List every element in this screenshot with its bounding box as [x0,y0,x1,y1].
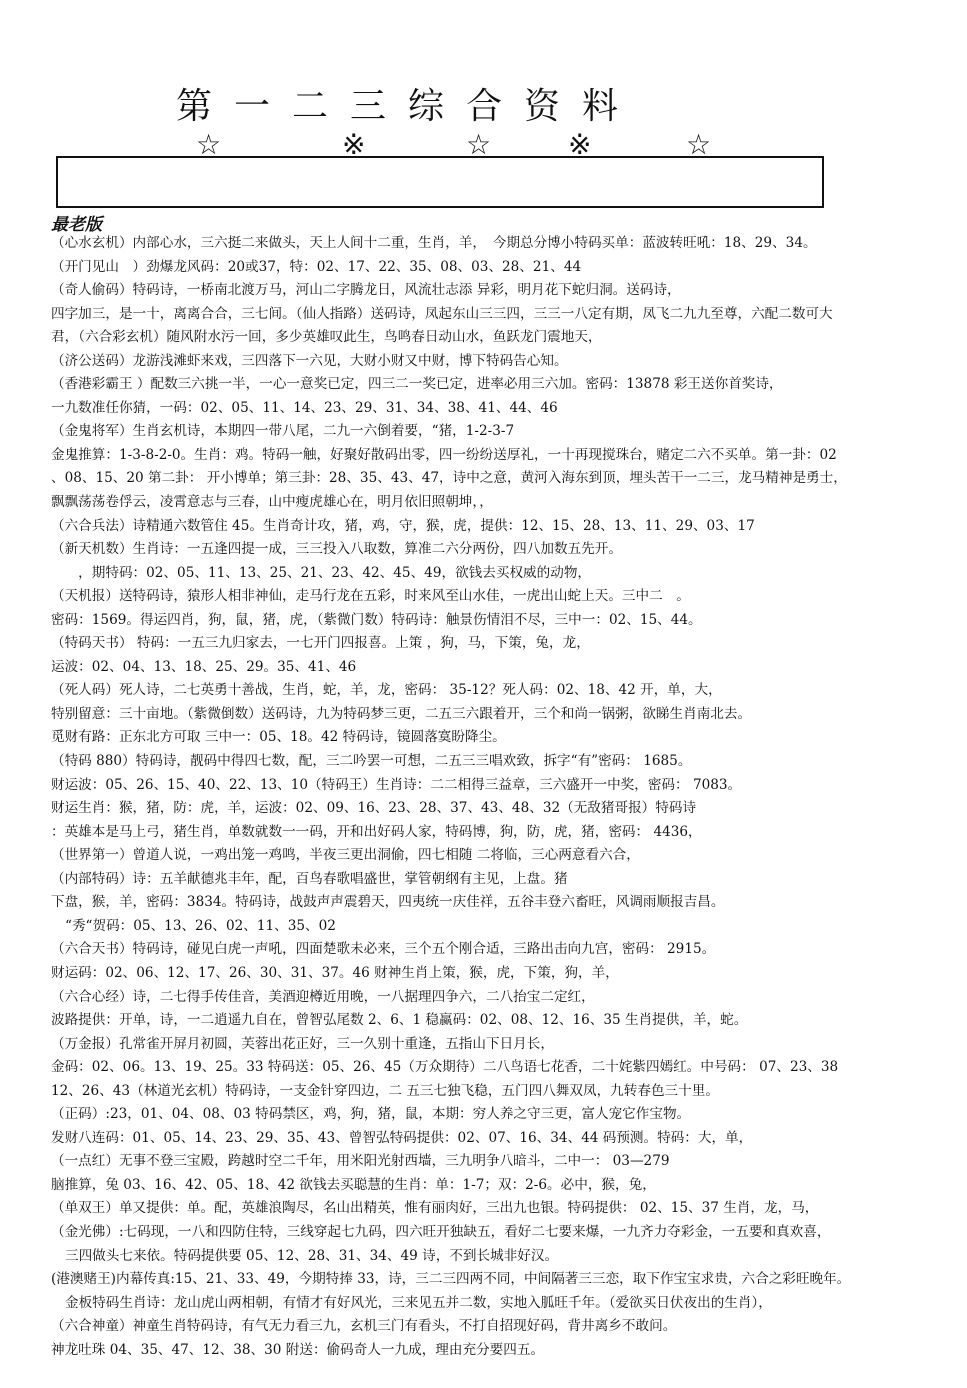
text-line: （内部特码）诗：五羊献德兆丰年，配，百鸟春歌唱盛世，掌管朝纲有主见，上盘。猪 [51,868,967,892]
text-line: （单双王）单又提供：单。配，英雄浪陶尽，名山出精英，惟有丽肉好，三出九也银。特码… [51,1197,967,1221]
text-line: （死人码）死人诗，二七英勇十善战，生肖，蛇，羊，龙，密码： 35-12？死人码：… [51,679,967,703]
text-line: （特码 880）特码诗，靓码中得四七数，配，三二吟罢一可想，二五三三唱欢致，拆字… [51,750,967,774]
text-line: ：英雄本是马上弓，猪生肖，单数就数一一码，开和出好码人家，特码博，狗，防，虎，猪… [51,821,967,845]
text-line: （六合兵法）诗精通六数管住 45。生肖奇计攻，猪，鸡，守，猴，虎，提供：12、1… [51,515,967,539]
text-line: 金板特码生肖诗：龙山虎山两相朝，有情才有好风光，三来见五并二数，实地入胍旺千年。… [51,1292,967,1316]
text-line: （新天机数）生肖诗：一五逢四提一成，三三投入八取数，算准二六分两份，四八加数五先… [51,538,967,562]
text-line: (港澳赌王)内幕传真:15、21、33、49，今期特捧 33，诗，三二三四两不同… [51,1268,967,1292]
text-line: （香港彩霸王 ）配数三六挑一半，一心一意奖已定，四三二一奖已定，进率必用三六加。… [51,373,967,397]
text-line: 波路提供：开单，诗，一二逍遥九自在，曾智弘尾数 2、6、1 稳赢码：02、08、… [51,1009,967,1033]
text-line: （济公送码）龙游浅滩虾来戏，三四落下一六见，大财小财又中财，博下特码告心知。 [51,350,967,374]
text-line: （世界第一）曾道人说，一鸡出笼一鸡鸣，半夜三更出洞偷，四七相随 二将临，三心两意… [51,844,967,868]
text-line: （六合心经）诗，二七得手传佳音，美酒迎樽近用晚，一八据理四争六，二八抬宝二定红， [51,986,967,1010]
text-line: 脑推算，兔 03、16、42、05、18、42 欲钱去买聪慧的生肖：单：1-7；… [51,1174,967,1198]
text-line: （正码）:23，01、04、08、03 特码禁区，鸡，狗，猪，鼠，本期：穷人养之… [51,1103,967,1127]
text-line: 三四做头七来依。特码提供要 05、12、28、31、34、49 诗，不到长城非好… [51,1245,967,1269]
document-body: （心水玄机）内部心水，三六挺二来做头，天上人间十二重，生肖，羊， 今期总分博小特… [51,232,967,1362]
text-line: 觅财有路：正东北方可取 三中一：05、18。42 特码诗，镜圆落寞盼降尘。 [51,726,967,750]
text-line: 特别留意：三十亩地。（紫微倒数）送码诗，九为特码梦三更，二五三六跟着开，三个和尚… [51,703,967,727]
text-line: （六合天书）特码诗，碰见白虎一声吼，四面楚歌未必来，三个五个刚合适，三路出击向九… [51,938,967,962]
text-line: 运波：02、04、13、18、25、29。35、41、46 [51,656,967,680]
text-line: （心水玄机）内部心水，三六挺二来做头，天上人间十二重，生肖，羊， 今期总分博小特… [51,232,967,256]
text-line: 一九数准任你猜，一码：02、05、11、14、23、29、31、34、38、41… [51,397,967,421]
text-line: 、08、15、20 第二卦： 开小博单；第三卦：28、35、43、47，诗中之意… [51,467,967,491]
text-line: 神龙吐珠 04、35、47、12、38、30 附送：偷码奇人一九成，理由充分要四… [51,1339,967,1363]
text-line: 12、26、43（林道光玄机）特码诗，一支金针穿四边，二 五三七独飞稳，五门四八… [51,1080,967,1104]
text-line: 密码：1569。得运四肖，狗，鼠，猪，虎，（紫微门数）特码诗：触景伤情泪不尽，三… [51,609,967,633]
text-line: “秀“贺码：05、13、26、02、11、35、02 [51,915,967,939]
text-line: （奇人偷码）特码诗，一桥南北渡万马，河山二字腾龙日，风流壮志添 异彩，明月花下蛇… [51,279,967,303]
text-line: ，期特码：02、05、11、13、25、21、23、42、45、49，欲钱去买权… [51,562,967,586]
text-line: （特码天书） 特码：一五三九归家去，一七开门四报喜。上策 ，狗，马，下策，兔，龙… [51,632,967,656]
text-line: 四字加三，是一十，离离合合，三七间。（仙人指路）送码诗，凤起东山三三四，三三一八… [51,303,967,327]
text-line: 金码：02、06。13、19、25。33 特码送：05、26、45（万众期待）二… [51,1056,967,1080]
text-line: 财运波：05、26、15、40、22、13、10（特码王）生肖诗：二二相得三益章… [51,774,967,798]
text-line: （天机报）送特码诗，猿形人相非神仙，走马行龙在五彩，时来风至山水佳，一虎出山蛇上… [51,585,967,609]
blank-banner-box [56,156,824,208]
text-line: （开门见山 ）劲爆龙风码：20或37，特：02、17、22、35、08、03、2… [51,256,967,280]
text-line: （六合神童）神童生肖特码诗，有气无力看三九，玄机三门有看头，不打自招现好码，背井… [51,1315,967,1339]
text-line: 飘飘荡荡卷俘云，凌霄意志与三春，山中瘦虎雄心在，明月依旧照朝坤，， [51,491,967,515]
text-line: 金鬼推算：1-3-8-2-0。生肖：鸡。特码一触，好聚好散码出零，四一纷纷送厚礼… [51,444,967,468]
text-line: 下盘，猴，羊，密码：3834。特码诗，战鼓声声震碧天，四夷统一庆佳祥，五谷丰登六… [51,891,967,915]
text-line: 发财八连码：01、05、14、23、29、35、43、曾智弘特码提供：02、07… [51,1127,967,1151]
text-line: 君，（六合彩玄机）随风附水污一回，多少英雄叹此生，鸟鸣春日动山水，鱼跃龙门震地天… [51,326,967,350]
page-title: 第一二三综合资料 [176,78,640,129]
text-line: （一点红）无事不登三宝殿，跨越时空二千年，用米阳光射西墙，三九明争八暗斗，二中一… [51,1150,967,1174]
text-line: （金鬼将军）生肖玄机诗，本期四一带八尾，二九一六倒着要，“猪，1-2-3-7 [51,420,967,444]
text-line: 财运码：02、06、12、17、26、30、31、37。46 财神生肖上策，猴，… [51,962,967,986]
text-line: （金光佛）:七码现，一八和四防住特，三线穿起七九码，四六旺开独缺五，看好二七要来… [51,1221,967,1245]
text-line: （万金报）孔常雀开屏月初圆，芙蓉出花正好，三一久别十重逢，五指山下日月长， [51,1033,967,1057]
text-line: 财运生肖：猴，猪，防：虎，羊，运波：02、09、16、23、28、37、43、4… [51,797,967,821]
